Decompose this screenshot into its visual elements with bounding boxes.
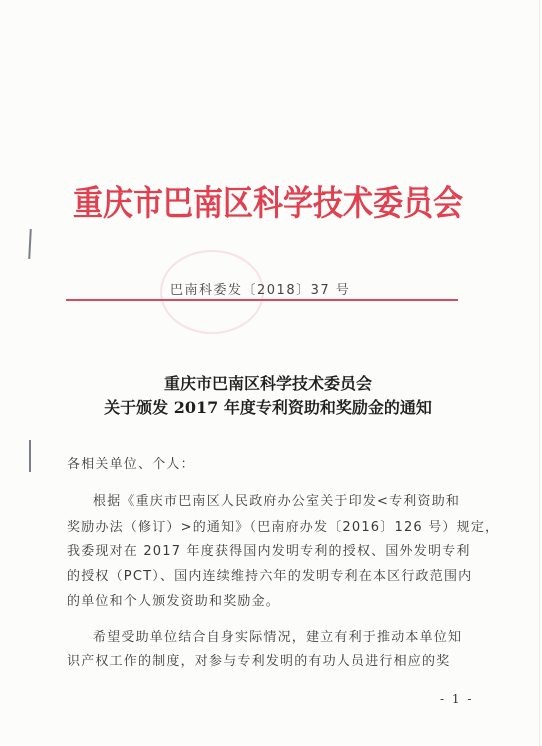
org-header: 重庆市巴南区科学技术委员会 bbox=[68, 175, 468, 226]
body-line: 的单位和个人颁发资助和奖励金。 bbox=[67, 590, 467, 609]
notice-title-line-2: 关于颁发 2017 年度专利资助和奖励金的通知 bbox=[68, 395, 468, 418]
body-line: 的授权（PCT）、国内连续维持六年的发明专利在本区行政范围内 bbox=[67, 565, 467, 584]
notice-title-line-1: 重庆市巴南区科学技术委员会 bbox=[68, 371, 468, 394]
salutation: 各相关单位、个人： bbox=[67, 453, 467, 472]
page-edge bbox=[539, 0, 540, 746]
binding-mark bbox=[28, 229, 32, 259]
body-line: 希望受助单位结合自身实际情况，建立有利于推动本单位知 bbox=[93, 626, 493, 645]
body-line: 根据《重庆市巴南区人民政府办公室关于印发<专利资助和 bbox=[93, 490, 493, 509]
document-number: 巴南科委发〔2018〕37 号 bbox=[170, 279, 420, 298]
body-line: 我委现对在 2017 年度获得国内发明专利的授权、国外发明专利 bbox=[67, 540, 467, 559]
red-divider-rule bbox=[66, 299, 458, 301]
body-line: 识产权工作的制度，对参与专利发明的有功人员进行相应的奖 bbox=[67, 650, 467, 669]
page-number: - 1 - bbox=[440, 692, 473, 706]
binding-mark bbox=[29, 440, 31, 472]
document-page: 重庆市巴南区科学技术委员会 巴南科委发〔2018〕37 号 重庆市巴南区科学技术… bbox=[0, 0, 542, 746]
body-line: 奖励办法（修订）>的通知》（巴南府办发〔2016〕126 号）规定， bbox=[67, 516, 467, 535]
